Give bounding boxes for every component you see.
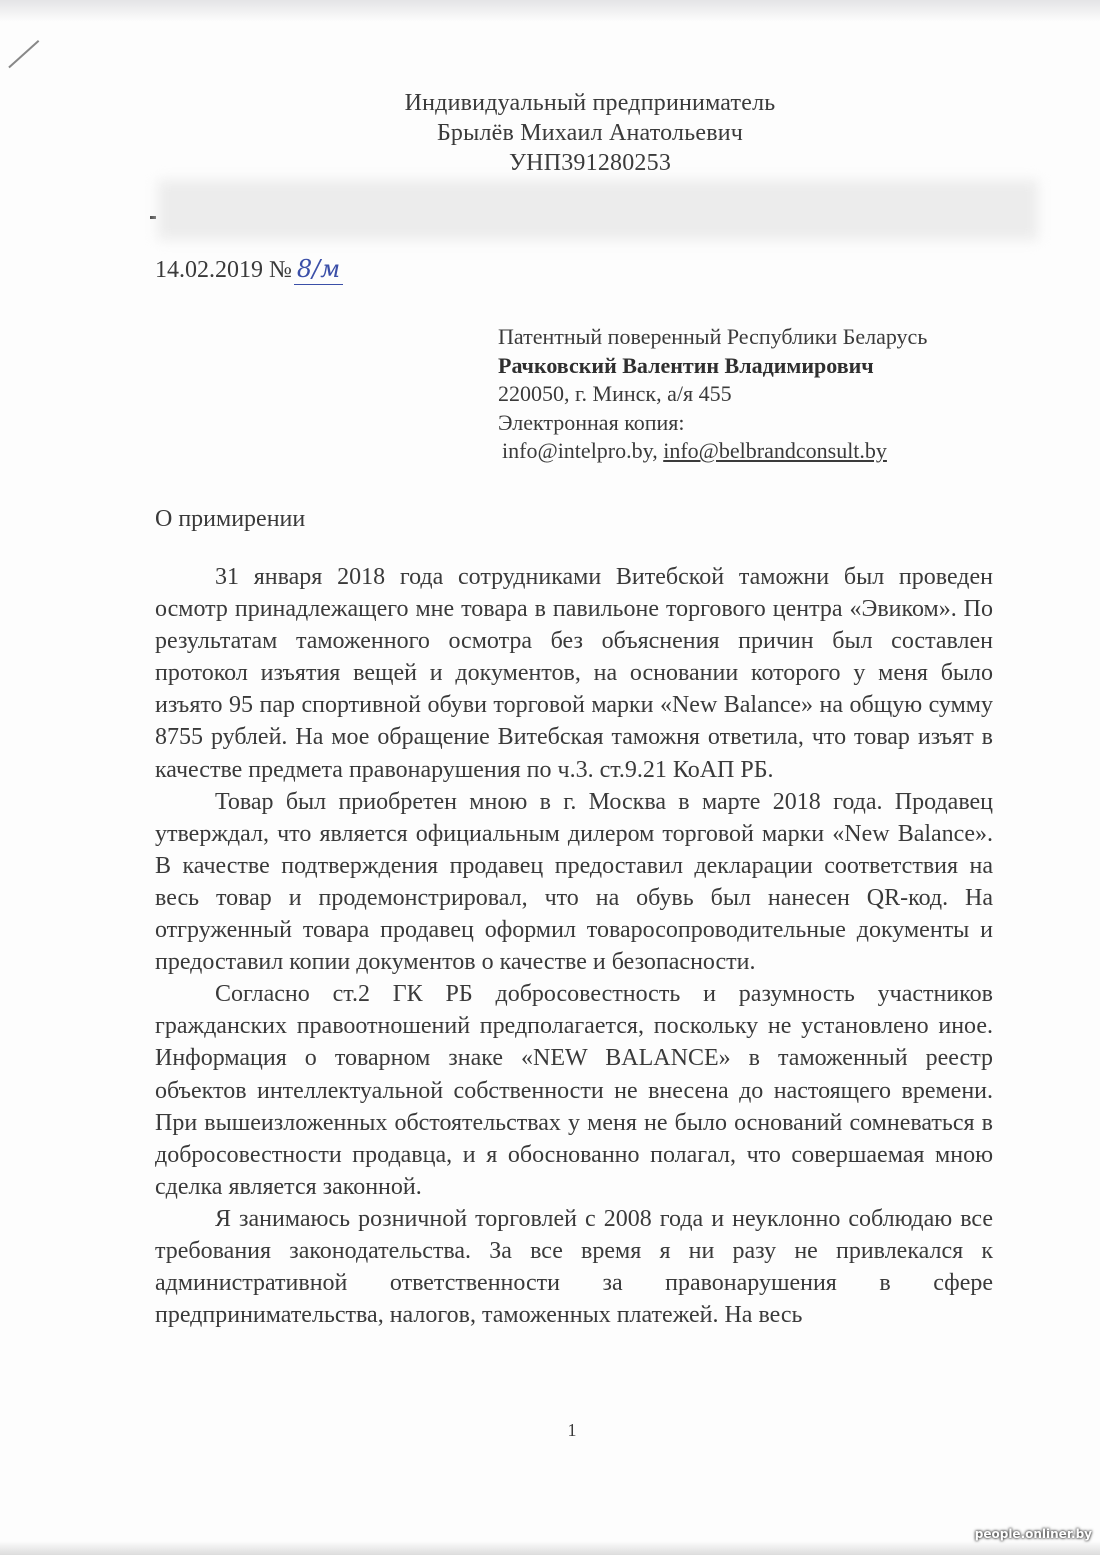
pen-mark <box>8 40 39 68</box>
letterhead-title: Индивидуальный предприниматель <box>80 88 1100 118</box>
letterhead-name: Брылёв Михаил Анатольевич <box>80 118 1100 148</box>
paragraph: Я занимаюсь розничной торговлей с 2008 г… <box>155 1203 993 1331</box>
dash-mark <box>150 216 156 219</box>
paragraph: Согласно ст.2 ГК РБ добросовестность и р… <box>155 978 993 1203</box>
reference-date: 14.02.2019 <box>155 257 263 283</box>
letter-body: 31 января 2018 года сотрудниками Витебск… <box>155 561 993 1331</box>
addressee-name: Рачковский Валентин Владимирович <box>498 352 927 381</box>
page-number: 1 <box>22 1420 1100 1441</box>
letter-subject: О примирении <box>155 504 305 534</box>
scan-shadow-bottom <box>0 1541 1100 1555</box>
addressee-title: Патентный поверенный Республики Беларусь <box>498 323 927 352</box>
watermark: people.onliner.by <box>975 1527 1092 1541</box>
email-line: info@intelpro.by, info@belbrandconsult.b… <box>502 437 927 466</box>
paragraph: 31 января 2018 года сотрудниками Витебск… <box>155 561 993 786</box>
email-belbrandconsult-link[interactable]: info@belbrandconsult.by <box>663 438 887 463</box>
addressee-address: 220050, г. Минск, а/я 455 <box>498 380 927 409</box>
letterhead-unp: УНП391280253 <box>80 148 1100 178</box>
number-sign: № <box>269 257 292 283</box>
letterhead: Индивидуальный предприниматель Брылёв Ми… <box>0 88 1100 178</box>
paragraph: Товар был приобретен мною в г. Москва в … <box>155 786 993 979</box>
scan-shadow-top <box>0 0 1100 22</box>
handwritten-number: 8/м <box>294 254 343 285</box>
addressee-block: Патентный поверенный Республики Беларусь… <box>498 323 927 466</box>
email-label: Электронная копия: <box>498 409 927 438</box>
redacted-block <box>158 180 1038 240</box>
reference-line: 14.02.2019 №8/м <box>155 254 343 285</box>
email-intelpro: info@intelpro.by, <box>502 438 658 463</box>
